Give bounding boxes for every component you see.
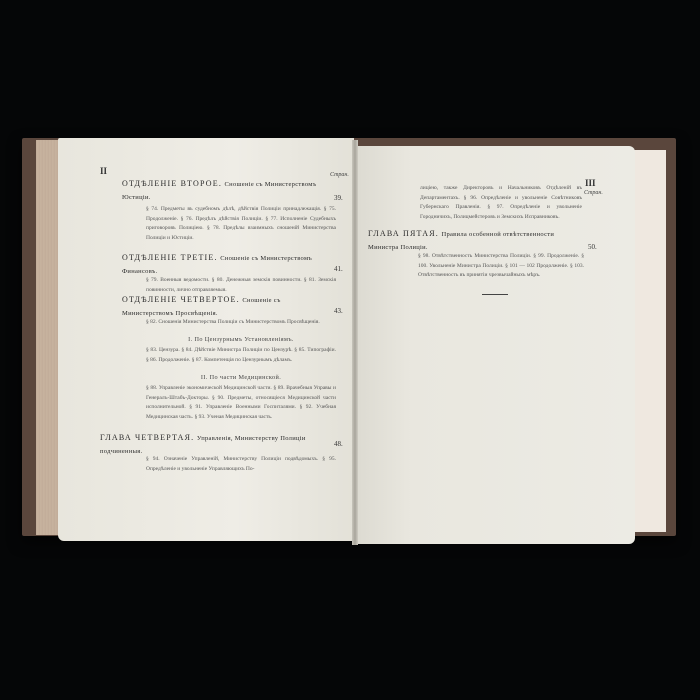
toc-entry-body: § 79. Военныя ведомости. § 80. Денежныя …: [146, 276, 336, 295]
toc-entry-body: § 83. Цензура. § 84. Дѣйствіе Министра П…: [146, 346, 336, 365]
toc-entry-body: § 82. Сношенія Министерства Полиціи съ М…: [146, 318, 336, 328]
toc-page-ref: 48.: [334, 440, 343, 448]
toc-entry-body: § 74. Предметы въ судебномъ дѣлѣ, дѣйств…: [146, 205, 336, 243]
toc-entry-body: § 98. Отвѣтственность Министерства Полиц…: [418, 252, 584, 281]
book-gutter: [352, 140, 358, 545]
toc-subheading: II. По части Медицинской.: [146, 374, 336, 381]
toc-heading: ОТДѢЛЕНІЕ ЧЕТВЕРТОЕ. Сношеніе съ Министе…: [122, 294, 332, 320]
end-rule: [482, 294, 508, 295]
toc-entry-body: § 94. Означеніе Управленій, Министерству…: [146, 455, 336, 474]
toc-page-ref: 41.: [334, 265, 343, 273]
toc-heading: ГЛАВА ПЯТАЯ. Правила особенной отвѣтстве…: [368, 228, 586, 254]
toc-entry-body: лиціею, также Директоровъ и Начальниковъ…: [420, 184, 582, 222]
column-label-right: Стран.: [584, 190, 603, 196]
toc-heading: ОТДѢЛЕНІЕ ВТОРОЕ. Сношеніе съ Министерст…: [122, 178, 332, 204]
toc-page-ref: 50.: [588, 243, 597, 251]
page-number-right: III: [585, 178, 596, 188]
toc-subheading: I. По Цензурнымъ Установленіямъ.: [146, 336, 336, 343]
toc-page-ref: 39.: [334, 194, 343, 202]
toc-page-ref: 43.: [334, 307, 343, 315]
toc-heading: ОТДѢЛЕНІЕ ТРЕТІЕ. Сношеніе съ Министерст…: [122, 252, 332, 278]
toc-entry-body: § 88. Управленіе экономической Медицинск…: [146, 384, 336, 422]
page-number-left: II: [100, 166, 107, 176]
column-label-left: Стран.: [330, 172, 349, 178]
